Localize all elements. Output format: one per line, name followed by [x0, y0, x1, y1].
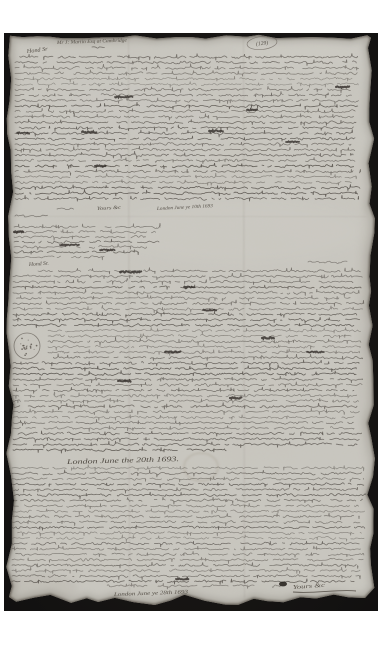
ink-crossout [165, 351, 181, 352]
ink-crossout [336, 86, 349, 87]
seal-sketch-dot [21, 338, 23, 340]
seal-sketch-dot [34, 349, 35, 350]
page-mark: (129) [256, 39, 269, 47]
photo-white-border: Mr J: Martin Esq at Cambridge (129) Hond… [0, 0, 385, 645]
seal-sketch-dot [23, 345, 25, 347]
seal-sketch-dot [36, 345, 38, 347]
ink-crossout [17, 132, 29, 133]
ink-crossout [230, 397, 241, 398]
seal-sketch-dot [21, 348, 23, 350]
ink-crossout [14, 231, 23, 232]
ink-crossout [115, 96, 133, 97]
ink-blot [279, 582, 287, 587]
seal-sketch-dot [24, 354, 26, 356]
ink-crossout [203, 309, 216, 310]
ink-crossout [95, 165, 106, 166]
seal-sketch-dot [26, 346, 27, 347]
ink-crossout [176, 578, 188, 579]
seal-sketch-dot [30, 346, 32, 348]
seal-sketch-dot [30, 344, 32, 346]
seal-sketch-dot [28, 340, 29, 341]
ink-crossout [82, 131, 96, 132]
seal-sketch-dot [24, 348, 25, 349]
seal-sketch-dot [20, 343, 21, 344]
seal-sketch-dot [24, 349, 25, 350]
ink-crossout [286, 141, 299, 142]
ink-crossout [60, 244, 79, 245]
ink-crossout [247, 109, 257, 110]
seal-sketch-dot [26, 348, 27, 349]
ink-crossout [118, 381, 131, 382]
manuscript-letter-page: Mr J: Martin Esq at Cambridge (129) Hond… [4, 33, 378, 611]
ink-crossout [100, 249, 115, 250]
ink-crossout [307, 351, 324, 352]
ink-crossout [184, 286, 194, 287]
seal-sketch-dot [26, 345, 27, 346]
scan-background: Mr J: Martin Esq at Cambridge (129) Hond… [4, 33, 378, 611]
seal-sketch-dot [26, 353, 27, 354]
seal-sketch-dot [30, 347, 32, 349]
